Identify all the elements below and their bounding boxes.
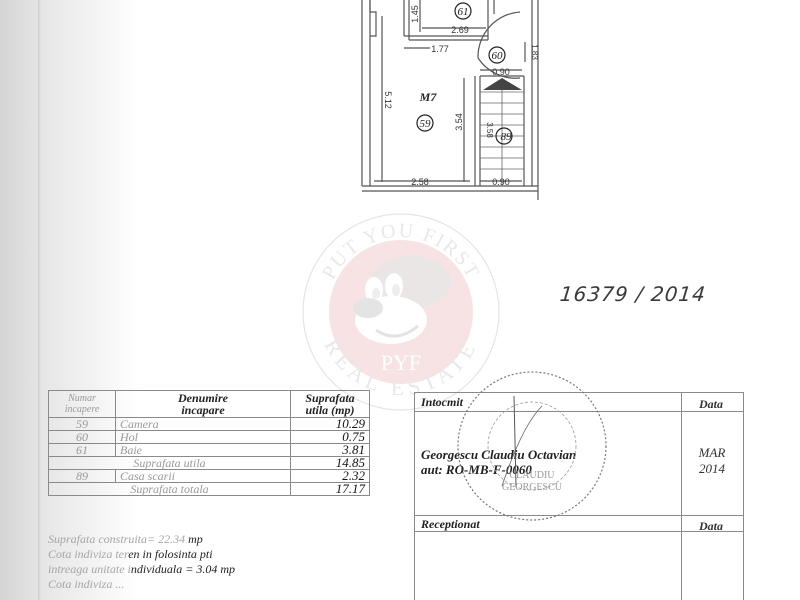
room-60-label: 60 — [492, 50, 504, 62]
dim-1-77: 1.77 — [431, 44, 449, 54]
land-share-line-1: Cota indiviza teren in folosinta pti — [48, 547, 368, 562]
room-61-label: 61 — [458, 6, 469, 18]
dim-1-83: 1.83 — [530, 44, 539, 60]
prepared-by-label: Intocmit — [421, 395, 463, 410]
prepared-date: MAR 2014 — [681, 445, 743, 477]
dim-3-58: 3.58 — [485, 122, 494, 138]
total-row: Suprafata totala 17.17 — [49, 483, 370, 496]
area-notes: Suprafata construita= 22.34 mp Cota indi… — [48, 532, 368, 592]
pyf-watermark: PUT YOU FIRST REAL ESTATE PYF — [296, 212, 506, 412]
room-number: 59 — [49, 418, 116, 431]
room-89-label: 89 — [501, 131, 513, 143]
floor-plan: 61 60 59 89 M7 2.69 1.77 0.90 2.58 0.90 … — [360, 0, 550, 200]
handwritten-registration-number: 16379 / 2014 — [559, 282, 708, 306]
author-name: Georgescu Claudiu Octavian aut: RO-MB-F-… — [421, 447, 576, 477]
received-by-label: Receptionat — [421, 517, 480, 532]
table-row: 59 Camera 10.29 — [49, 418, 370, 431]
total-label: Suprafata totala — [49, 483, 291, 496]
dim-0-90-top: 0.90 — [492, 67, 510, 77]
room-name: Camera — [116, 418, 291, 431]
scan-page-edge-shadow — [0, 0, 140, 600]
received-date-label: Data — [699, 519, 723, 534]
table-row: 60 Hol 0.75 — [49, 431, 370, 444]
room-name: Hol — [116, 431, 291, 444]
built-area-line: Suprafata construita= 22.34 mp — [48, 532, 368, 547]
subtotal-label: Suprafata utila — [49, 457, 291, 470]
total-area: 17.17 — [291, 483, 370, 496]
room-59-label: 59 — [420, 118, 432, 130]
header-room-number: Numarincapere — [49, 391, 116, 418]
header-usable-area: Suprafatautila (mp) — [291, 391, 370, 418]
room-number: 60 — [49, 431, 116, 444]
table-row: 61 Baie 3.81 — [49, 444, 370, 457]
dim-1-45: 1.45 — [410, 5, 420, 23]
prepared-date-label: Data — [699, 397, 723, 412]
subtotal-row: Suprafata utila 14.85 — [49, 457, 370, 470]
dim-2-69: 2.69 — [451, 25, 469, 35]
dim-2-58: 2.58 — [411, 177, 429, 187]
dim-3-54: 3.54 — [454, 113, 464, 131]
signature-block: Intocmit Data Georgescu Claudiu Octavian… — [414, 392, 744, 600]
room-name: Baie — [116, 444, 291, 457]
land-share-line-3: Cota indiviza ... — [48, 577, 368, 592]
land-share-line-2: intreaga unitate individuala = 3.04 mp — [48, 562, 368, 577]
header-room-name: Denumireincapare — [116, 391, 291, 418]
room-area-table: Numarincapere Denumireincapare Suprafata… — [48, 390, 370, 496]
table-row: 89 Casa scarii 2.32 — [49, 470, 370, 483]
room-name: Casa scarii — [116, 470, 291, 483]
room-number: 89 — [49, 470, 116, 483]
apartment-label: M7 — [419, 90, 438, 104]
room-number: 61 — [49, 444, 116, 457]
dim-0-90-bottom: 0.90 — [492, 177, 510, 187]
dim-5-12: 5.12 — [383, 91, 393, 109]
watermark-logo-text: PYF — [381, 350, 421, 375]
